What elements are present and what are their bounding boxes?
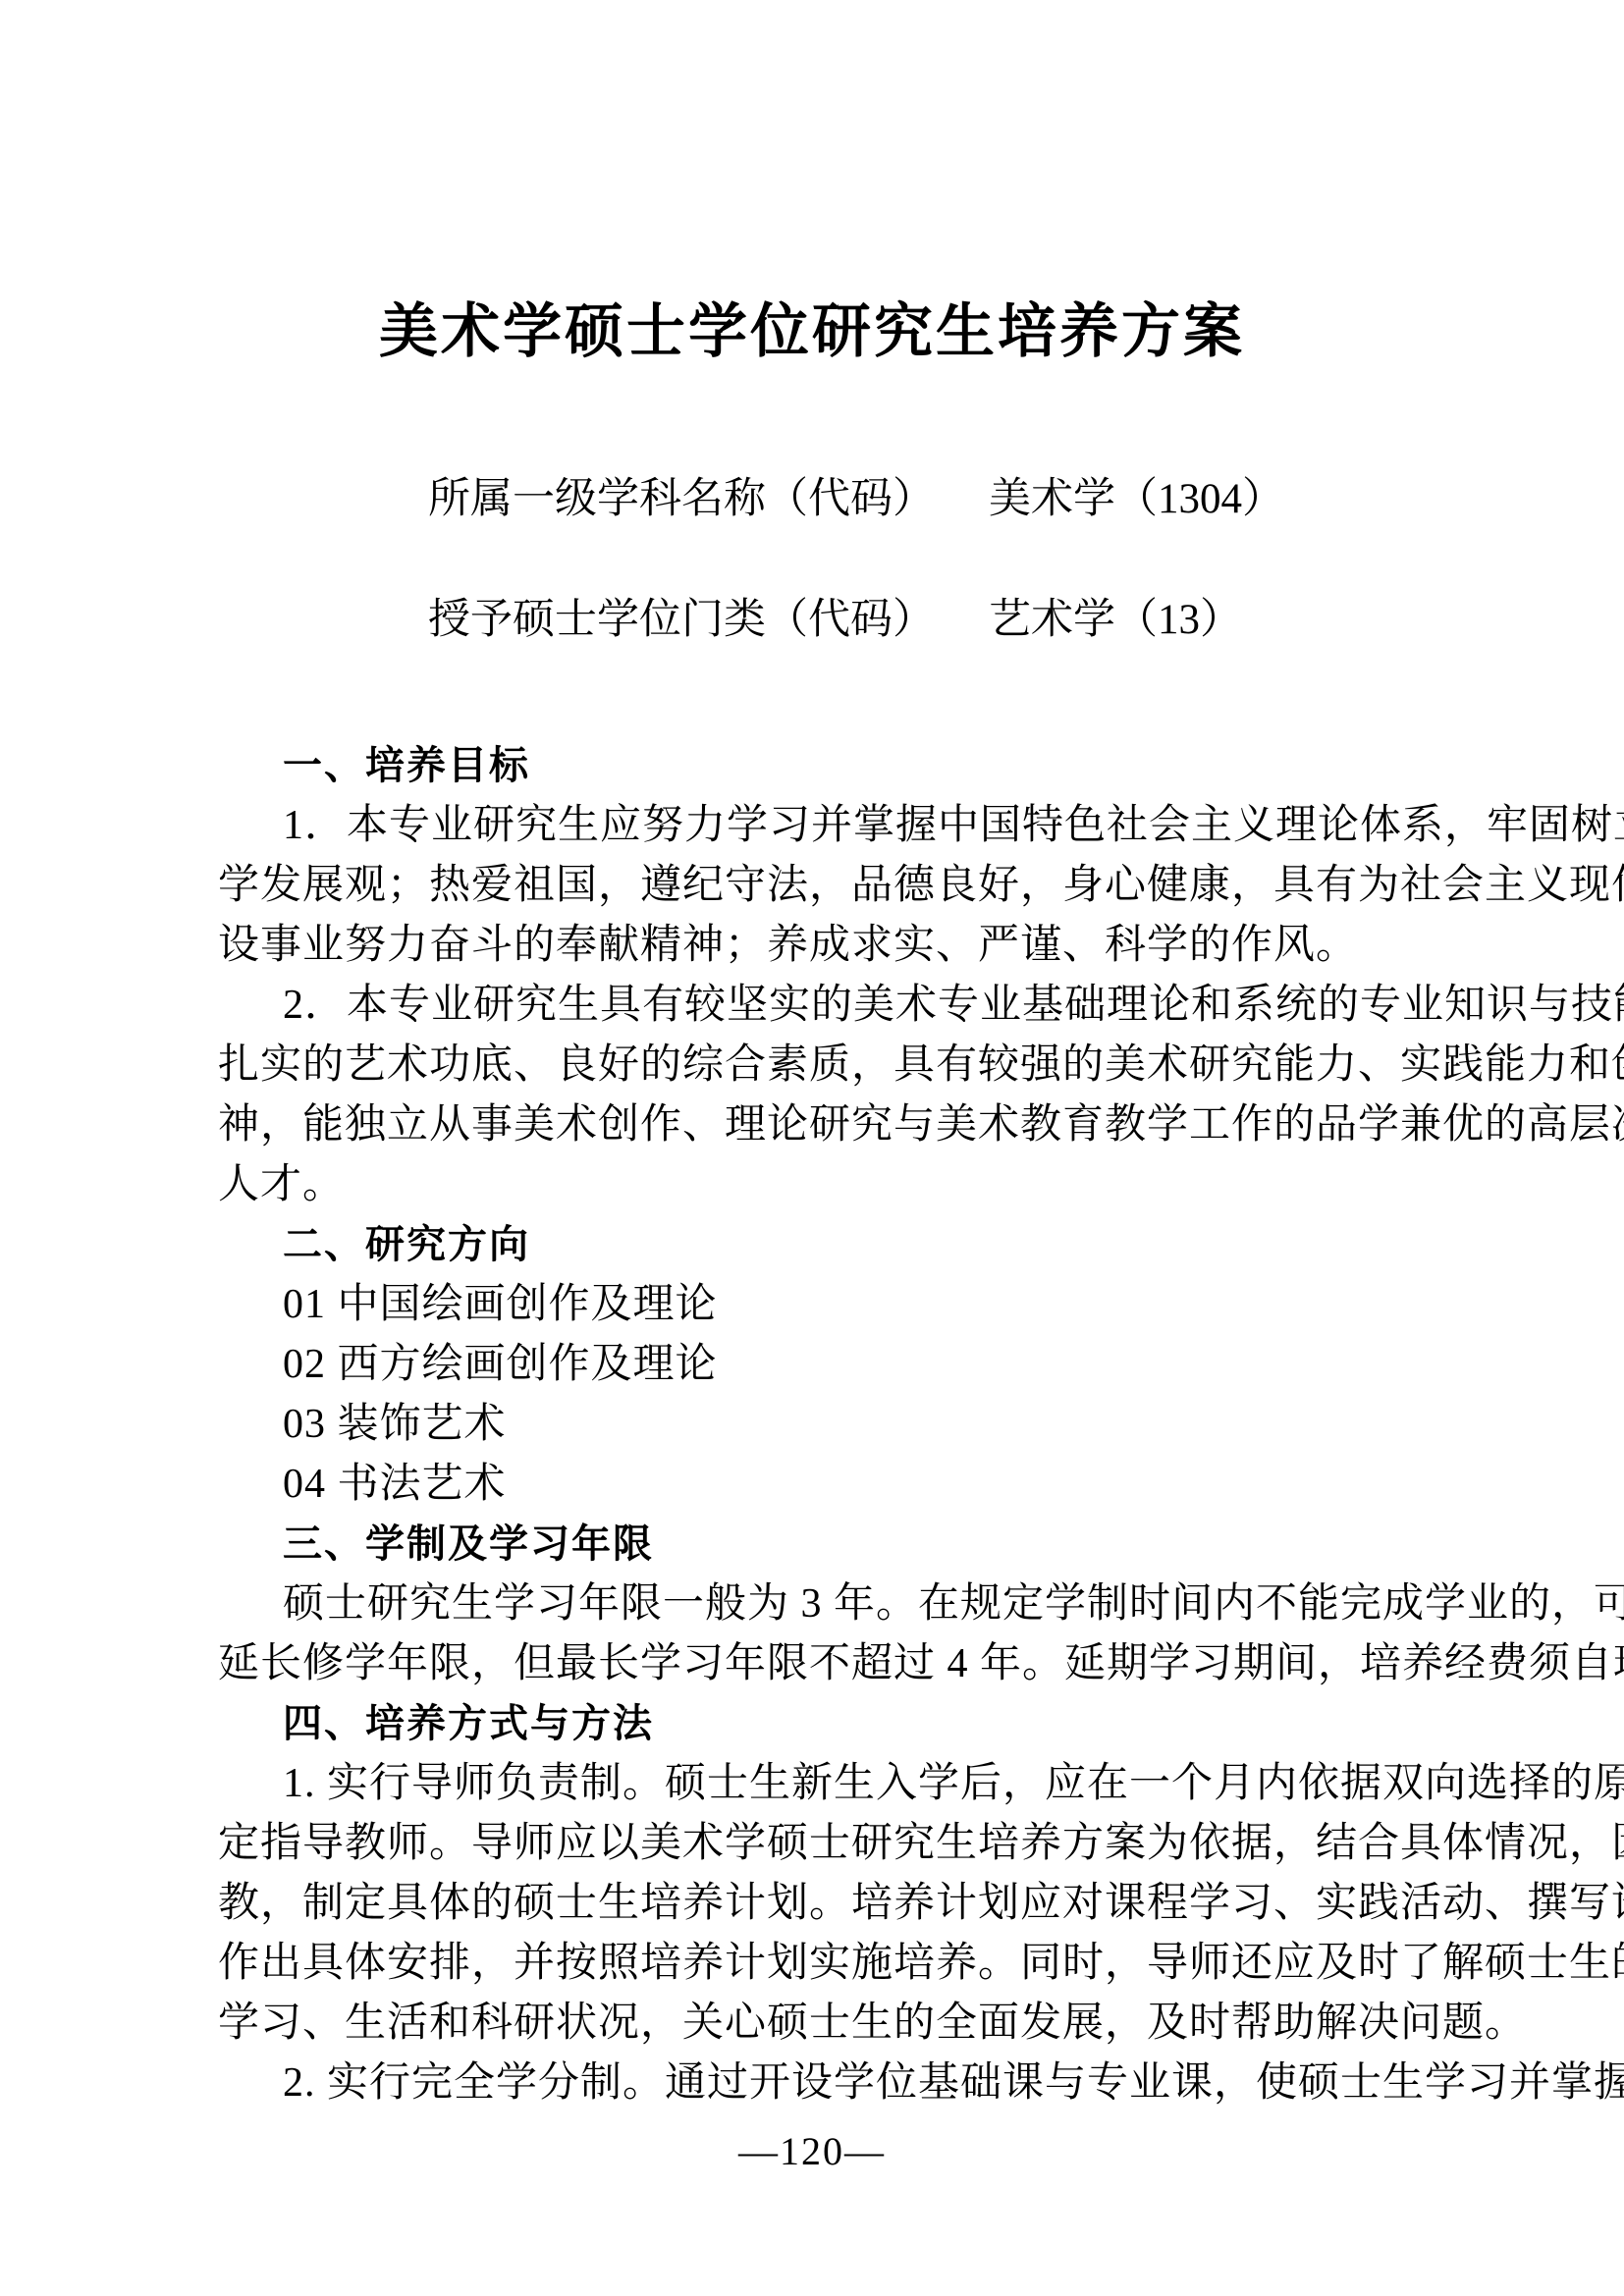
page-title: 美术学硕士学位研究生培养方案 bbox=[0, 285, 1624, 369]
degree-category-line: 授予硕士学位门类（代码）艺术学（13） bbox=[428, 586, 1242, 646]
body-line: 1. 实行导师负责制。硕士生新生入学后，应在一个月内依据双向选择的原则确 bbox=[218, 1754, 1411, 1814]
body-line: 神，能独立从事美术创作、理论研究与美术教育教学工作的品学兼优的高层次专门 bbox=[218, 1095, 1411, 1155]
degree-category-value: 艺术学（13） bbox=[989, 597, 1242, 643]
body-line: 2．本专业研究生具有较坚实的美术专业基础理论和系统的专业知识与技能、 bbox=[218, 976, 1411, 1036]
section-3-heading: 三、学制及学习年限 bbox=[218, 1515, 1411, 1575]
body-line: 硕士研究生学习年限一般为 3 年。在规定学制时间内不能完成学业的，可申请 bbox=[218, 1575, 1411, 1634]
body-line: 1．本专业研究生应努力学习并掌握中国特色社会主义理论体系，牢固树立科 bbox=[218, 796, 1411, 856]
document-body: 一、培养目标 1．本专业研究生应努力学习并掌握中国特色社会主义理论体系，牢固树立… bbox=[218, 736, 1411, 2113]
body-line: 学发展观；热爱祖国，遵纪守法，品德良好，身心健康，具有为社会主义现代化建 bbox=[218, 856, 1411, 916]
body-line: 定指导教师。导师应以美术学硕士研究生培养方案为依据，结合具体情况，因材施 bbox=[218, 1814, 1411, 1874]
subject-discipline-value: 美术学（1304） bbox=[989, 476, 1284, 522]
body-line: 人才。 bbox=[218, 1155, 1411, 1215]
body-line: 学习、生活和科研状况，关心硕士生的全面发展，及时帮助解决问题。 bbox=[218, 1994, 1411, 2054]
section-4-heading: 四、培养方式与方法 bbox=[218, 1694, 1411, 1754]
research-direction-item: 01 中国绘画创作及理论 bbox=[218, 1275, 1411, 1335]
degree-category-label: 授予硕士学位门类（代码） bbox=[428, 597, 935, 643]
body-line: 作出具体安排，并按照培养计划实施培养。同时，导师还应及时了解硕士生的思想、 bbox=[218, 1934, 1411, 1994]
body-line: 扎实的艺术功底、良好的综合素质，具有较强的美术研究能力、实践能力和创新精 bbox=[218, 1036, 1411, 1095]
subject-discipline-label: 所属一级学科名称（代码） bbox=[428, 476, 935, 522]
document-page: 美术学硕士学位研究生培养方案 所属一级学科名称（代码）美术学（1304） 授予硕… bbox=[0, 0, 1624, 2296]
page-number: —120— bbox=[0, 2128, 1624, 2174]
research-direction-item: 02 西方绘画创作及理论 bbox=[218, 1335, 1411, 1395]
body-line: 2. 实行完全学分制。通过开设学位基础课与专业课，使硕士生学习并掌握美术 bbox=[218, 2054, 1411, 2113]
body-line: 教，制定具体的硕士生培养计划。培养计划应对课程学习、实践活动、撰写论文等 bbox=[218, 1874, 1411, 1934]
section-2-heading: 二、研究方向 bbox=[218, 1215, 1411, 1275]
research-direction-item: 03 装饰艺术 bbox=[218, 1395, 1411, 1455]
research-direction-item: 04 书法艺术 bbox=[218, 1455, 1411, 1515]
body-line: 设事业努力奋斗的奉献精神；养成求实、严谨、科学的作风。 bbox=[218, 916, 1411, 976]
section-1-heading: 一、培养目标 bbox=[218, 736, 1411, 796]
subject-discipline-line: 所属一级学科名称（代码）美术学（1304） bbox=[428, 465, 1284, 525]
body-line: 延长修学年限，但最长学习年限不超过 4 年。延期学习期间，培养经费须自理。 bbox=[218, 1634, 1411, 1694]
